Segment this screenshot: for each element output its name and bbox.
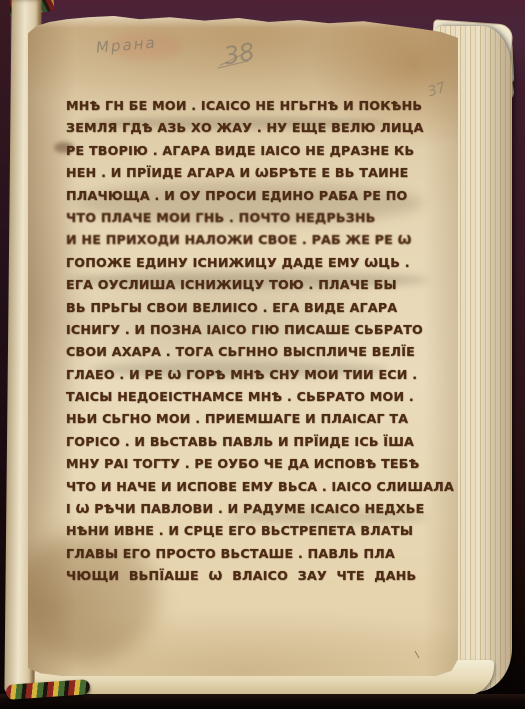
manuscript-text-line: НѢНИ ИВНЕ . И СРЦЕ ЕГО ВЬСТРЕПЕТА ВЛАТЫ <box>66 523 451 545</box>
book-cover-bottom-edge <box>0 694 525 709</box>
manuscript-text-line: ГОПОЖЕ ЕДИНУ ІСНИЖИЦУ ДАДЕ ЕМУ ѠЦЬ . <box>66 255 451 277</box>
manuscript-text-line: ТАІСЫ НЕДОЕІСТНАМСЕ МНѢ . СЬБРАТО МОИ . <box>66 389 451 411</box>
manuscript-text-line: ГЛАВЫ ЕГО ПРОСТО ВЬСТАШЕ . ПАВЛЬ ПЛА <box>66 546 451 568</box>
parchment-page: Мрана 38 37 МНѢ ГН БЕ МОИ . ІСАІСО НЕ НГ… <box>28 12 458 676</box>
text-block: МНѢ ГН БЕ МОИ . ІСАІСО НЕ НГЬГНѢ И ПОКѢН… <box>66 98 451 591</box>
manuscript-text-line: СВОИ АХАРА . ТОГА СЬГННО ВЫСПЛИЧЕ ВЕЛЇЕ <box>66 344 451 366</box>
manuscript-text-line: ЧТО ПЛАЧЕ МОИ ГНЬ . ПОЧТО НЕДРЬЗНЬ <box>66 210 451 232</box>
manuscript-text-line: І Ѡ РѢЧИ ПАВЛОВИ . И РАДУМЕ ІСАІСО НЕДХЬ… <box>66 501 451 523</box>
manuscript-text-line: РЕ ТВОРІЮ . АГАРА ВИДЕ ІАІСО НЕ ДРАЗНЕ К… <box>66 143 451 165</box>
manuscript-text-line: ГОРІСО . И ВЬСТАВЬ ПАВЛЬ И ПРЇИДЕ ІСЬ ЇШ… <box>66 434 451 456</box>
manuscript-text-line: ІСНИГУ . И ПОЗНА ІАІСО ГІЮ ПИСАШЕ СЬБРАТ… <box>66 322 451 344</box>
manuscript-text-line: МНѢ ГН БЕ МОИ . ІСАІСО НЕ НГЬГНѢ И ПОКѢН… <box>66 98 451 120</box>
pencil-tick-mark <box>415 651 420 658</box>
manuscript-text-line: МНУ РАІ ТОГТУ . РЕ ОУБО ЧЕ ДА ИСПОВѢ ТЕБ… <box>66 456 451 478</box>
manuscript-text-line: НЕН . И ПРЇИДЕ АГАРА И ѠБРѢТЕ Е ВЬ ТАИНЕ <box>66 165 451 187</box>
manuscript-text-line: ПЛАЧЮЩА . И ОУ ПРОСИ ЕДИНО РАБА РЕ ПО <box>66 188 451 210</box>
manuscript-text-line: ВЬ ПРЬГЫ СВОИ ВЕЛИІСО . ЕГА ВИДЕ АГАРА <box>66 300 451 322</box>
torn-edge-highlight <box>28 16 458 28</box>
manuscript-text-line: ЗЕМЛЯ ГДѢ АЗЬ ХО ЖАУ . НУ ЕЩЕ ВЕЛЮ ЛИЦА <box>66 120 451 142</box>
manuscript-text-line: ГЛАЕО . И РЕ Ѡ ГОРѢ МНѢ СНУ МОИ ТИИ ЕСИ … <box>66 367 451 389</box>
manuscript-text-line: И НЕ ПРИХОДИ НАЛОЖИ СВОЕ . РАБ ЖЕ РЕ Ѡ <box>66 232 451 254</box>
manuscript-text-line: ЧТО И НАЧЕ И ИСПОВЕ ЕМУ ВЬСА . ІАІСО СЛИ… <box>66 479 451 501</box>
manuscript-text-line: ЧЮЩИ ВЬПЇАШЕ Ѡ ВЛАІСО ЗАУ ЧТЕ ДАНЬ <box>66 568 451 590</box>
manuscript-photo: Мрана 38 37 МНѢ ГН БЕ МОИ . ІСАІСО НЕ НГ… <box>0 0 525 709</box>
manuscript-text-line: ЕГА ОУСЛИША ІСНИЖИЦУ ТОЮ . ПЛАЧЕ БЫ <box>66 277 451 299</box>
manuscript-text-line: НЬИ СЬГНО МОИ . ПРИЕМШАГЕ И ПЛАІСАГ ТА <box>66 411 451 433</box>
